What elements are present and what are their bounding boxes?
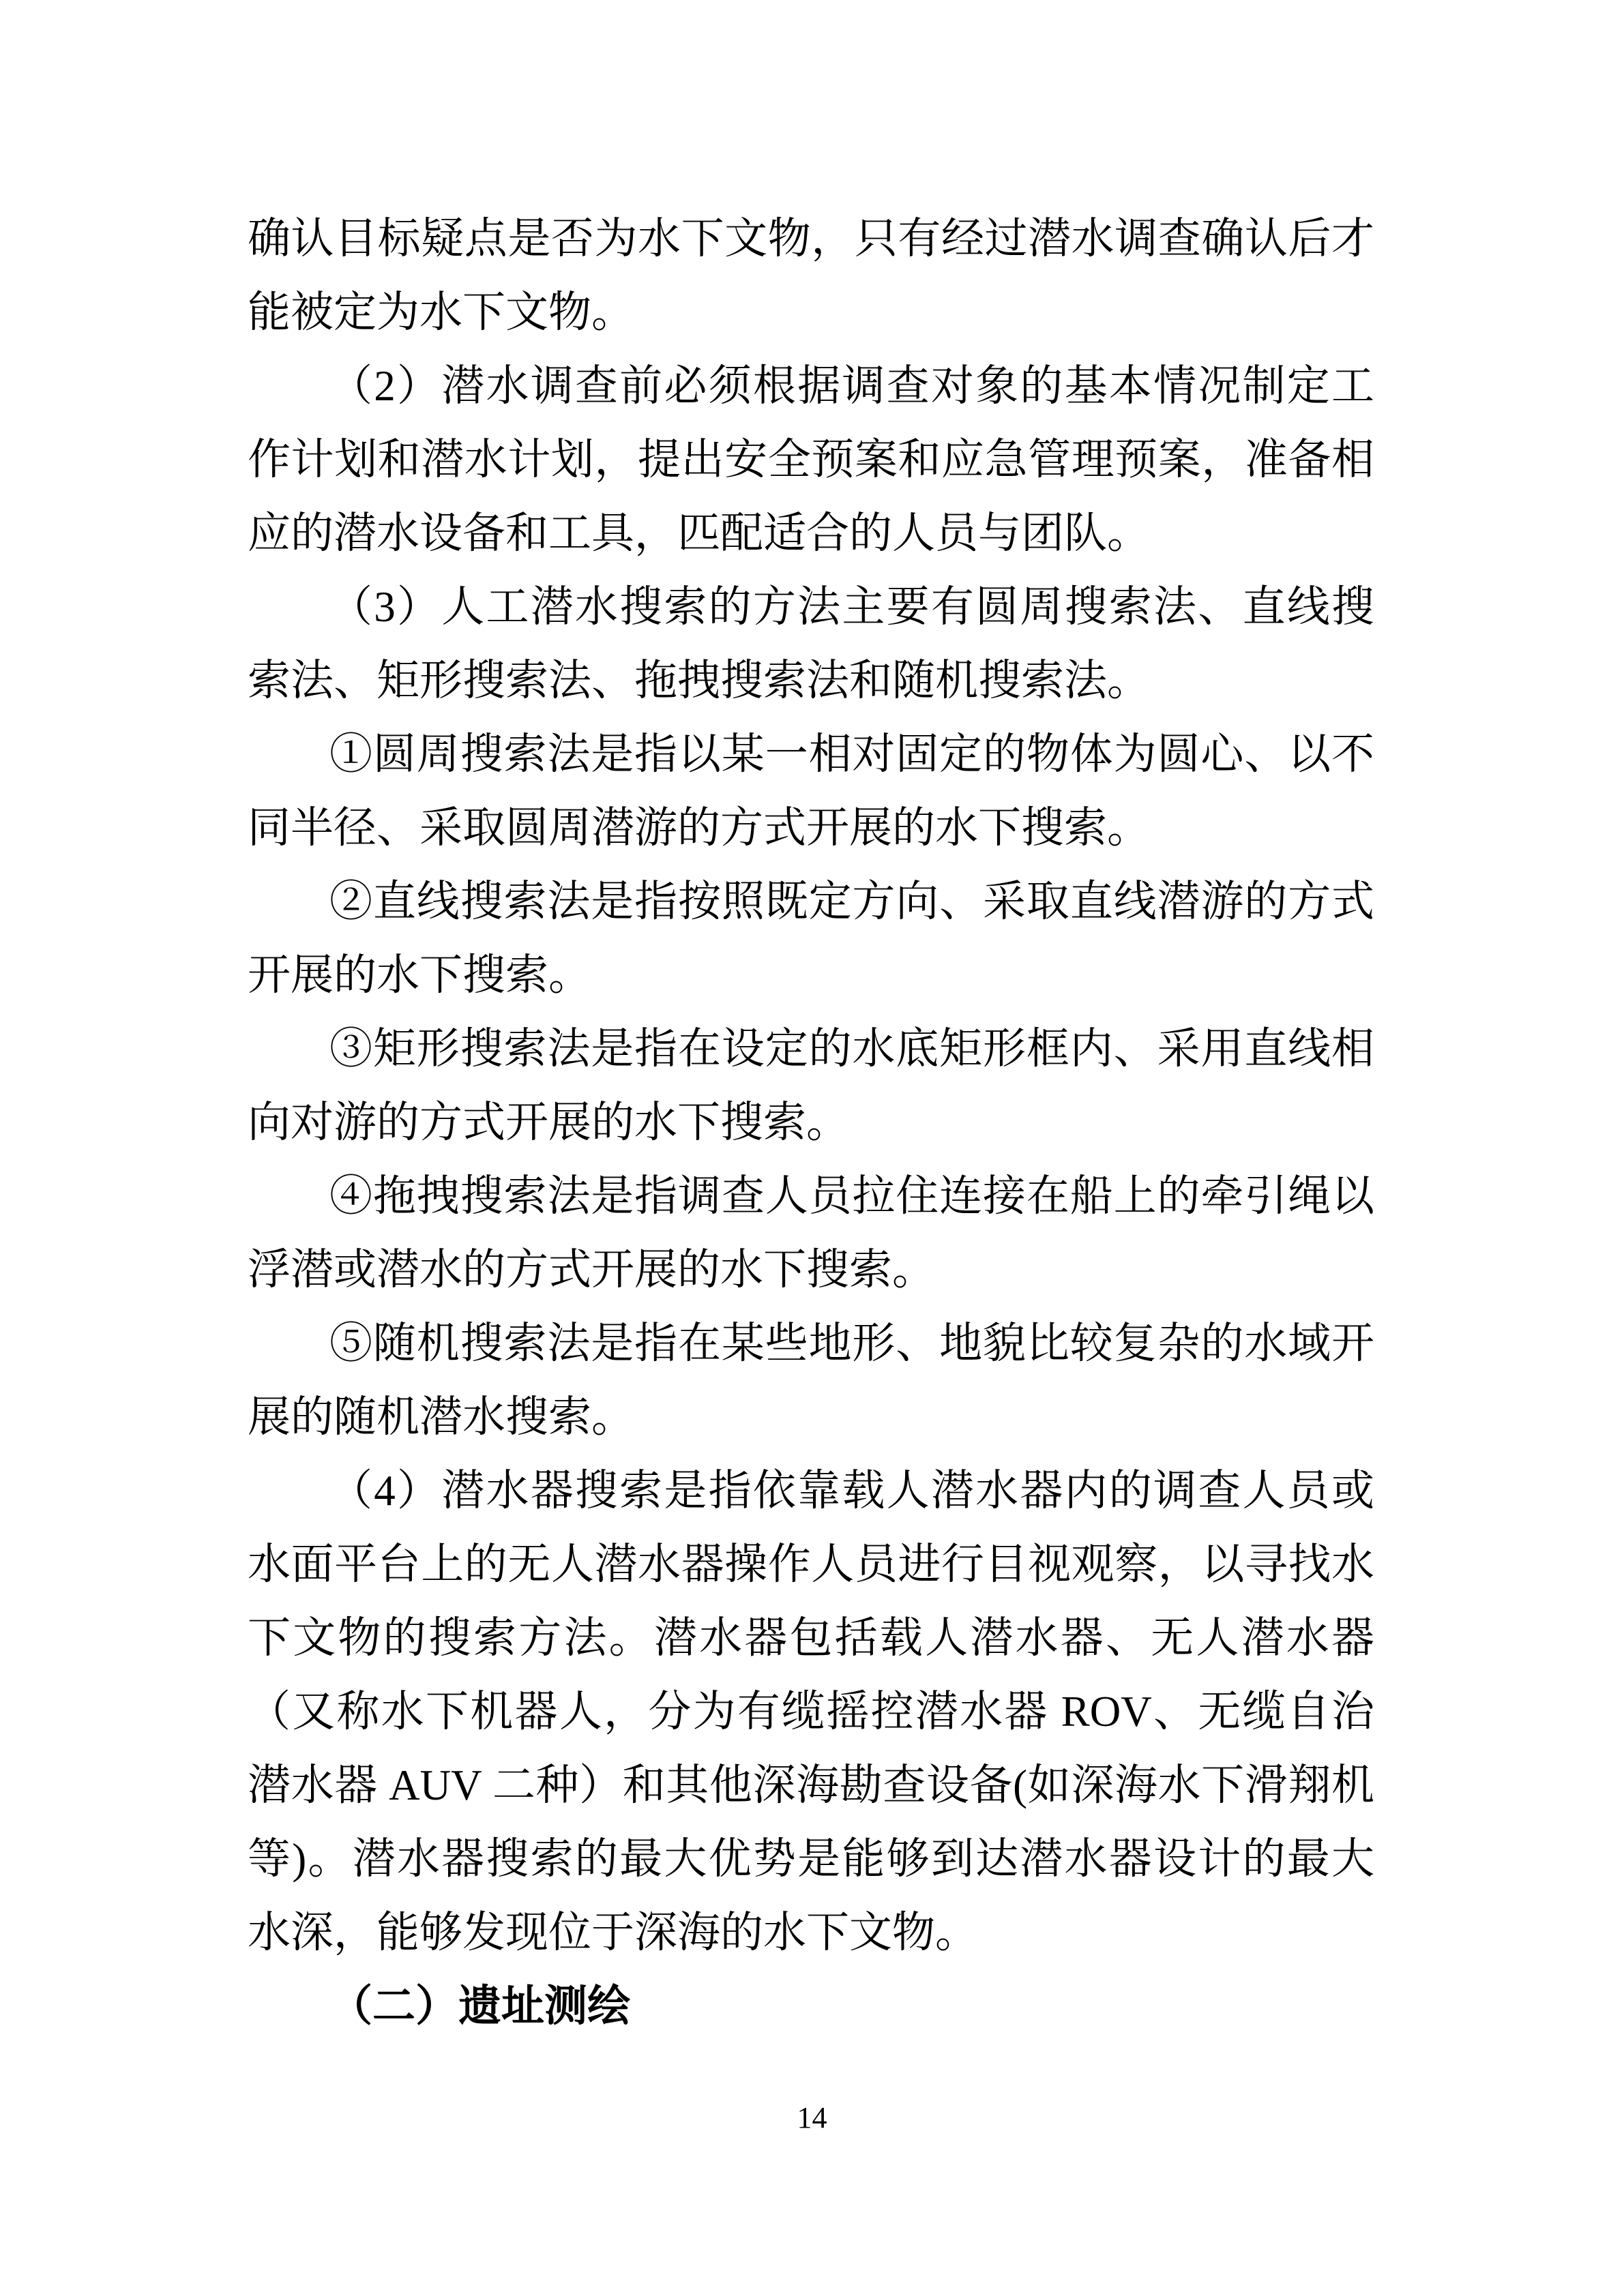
paragraph-sub-item-3: ③矩形搜索法是指在设定的水底矩形框内、采用直线相向对游的方式开展的水下搜索。 <box>248 1012 1374 1159</box>
paragraph-continuation: 确认目标疑点是否为水下文物，只有经过潜水调查确认后才能被定为水下文物。 <box>248 202 1374 349</box>
page-number: 14 <box>0 2102 1624 2134</box>
paragraph-item-3: （3）人工潜水搜索的方法主要有圆周搜索法、直线搜索法、矩形搜索法、拖拽搜索法和随… <box>248 570 1374 717</box>
section-heading: （二）遗址测绘 <box>248 1969 1374 2043</box>
paragraph-item-4: （4）潜水器搜索是指依靠载人潜水器内的调查人员或水面平台上的无人潜水器操作人员进… <box>248 1454 1374 1969</box>
paragraph-sub-item-4: ④拖拽搜索法是指调查人员拉住连接在船上的牵引绳以浮潜或潜水的方式开展的水下搜索。 <box>248 1159 1374 1307</box>
paragraph-sub-item-1: ①圆周搜索法是指以某一相对固定的物体为圆心、以不同半径、采取圆周潜游的方式开展的… <box>248 717 1374 865</box>
paragraph-item-2: （2）潜水调查前必须根据调查对象的基本情况制定工作计划和潜水计划，提出安全预案和… <box>248 349 1374 570</box>
document-page: 确认目标疑点是否为水下文物，只有经过潜水调查确认后才能被定为水下文物。 （2）潜… <box>0 0 1624 2296</box>
paragraph-sub-item-2: ②直线搜索法是指按照既定方向、采取直线潜游的方式开展的水下搜索。 <box>248 865 1374 1012</box>
paragraph-sub-item-5: ⑤随机搜索法是指在某些地形、地貌比较复杂的水域开展的随机潜水搜索。 <box>248 1307 1374 1454</box>
text-block: 确认目标疑点是否为水下文物，只有经过潜水调查确认后才能被定为水下文物。 （2）潜… <box>248 202 1374 2043</box>
